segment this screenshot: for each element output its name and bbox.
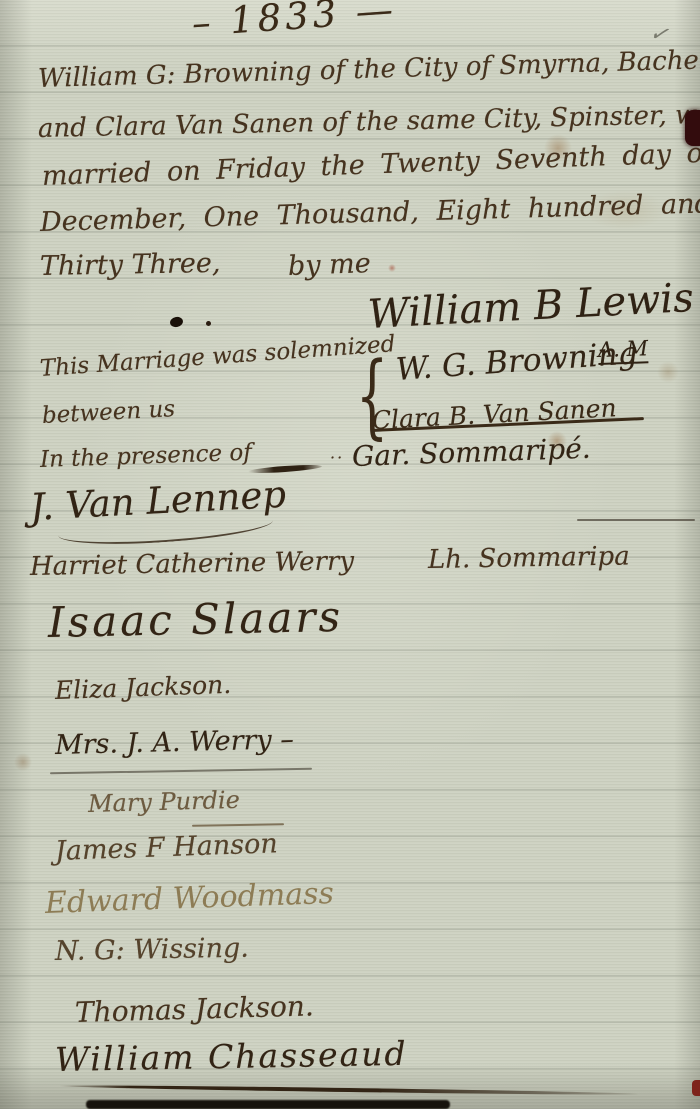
- by-me-text: by me: [287, 248, 371, 282]
- witness-sommaripa-signature: Gar. Sommaripé.: [351, 432, 591, 473]
- year-heading: – 1833 —: [191, 0, 399, 45]
- witness-mary-purdie: Mary Purdie: [88, 786, 241, 818]
- record-line-3: married on Friday the Twenty Seventh day…: [41, 138, 700, 192]
- ink-blot-small: [206, 321, 211, 326]
- presence-flourish: [248, 463, 322, 474]
- witness-sommaripa-second: Lh. Sommaripa: [428, 541, 630, 575]
- presence-marks: ··: [330, 448, 344, 467]
- scan-edge-blotch: [685, 110, 700, 146]
- groom-signature: W. G. Browning: [395, 335, 639, 388]
- witness-mrs-werry: Mrs. J. A. Werry –: [55, 724, 294, 761]
- solemnized-statement-line-1: This Marriage was solemnized: [39, 331, 396, 382]
- record-line-1: William G: Browning of the City of Smyrn…: [38, 45, 700, 94]
- witness-thomas-jackson: Thomas Jackson.: [75, 989, 315, 1029]
- witness-isaac-slaars: Isaac Slaars: [47, 592, 343, 647]
- witness-ng-wissing: N. G: Wissing.: [55, 933, 249, 967]
- chasseaud-flourish: [60, 1084, 638, 1096]
- solemnized-statement-line-2: between us: [41, 396, 175, 429]
- presence-label: In the presence of: [40, 440, 253, 473]
- mrs-werry-underline: [50, 768, 312, 775]
- margin-line: [577, 519, 695, 521]
- document-page: – 1833 — ✓ William G: Browning of the Ci…: [0, 0, 700, 1109]
- bottom-scan-band: [86, 1100, 450, 1109]
- officiant-signature: William B Lewis: [367, 275, 695, 338]
- ink-blot-large: [169, 316, 184, 328]
- witness-william-chasseaud: William Chasseaud: [55, 1034, 408, 1079]
- witness-eliza-jackson: Eliza Jackson.: [54, 670, 231, 705]
- red-edge-mark: [692, 1080, 700, 1096]
- witness-edward-woodmass: Edward Woodmass: [44, 876, 334, 921]
- witness-james-hanson: James F Hanson: [54, 828, 278, 867]
- check-mark-icon: ✓: [647, 20, 670, 48]
- record-line-5: Thirty Three,: [40, 248, 221, 282]
- mary-purdie-underline: [192, 823, 284, 826]
- record-line-2: and Clara Van Sanen of the same City, Sp…: [38, 99, 700, 144]
- witness-harriet-werry: Harriet Catherine Werry: [30, 546, 355, 582]
- record-line-4: December, One Thousand, Eight hundred an…: [40, 188, 700, 238]
